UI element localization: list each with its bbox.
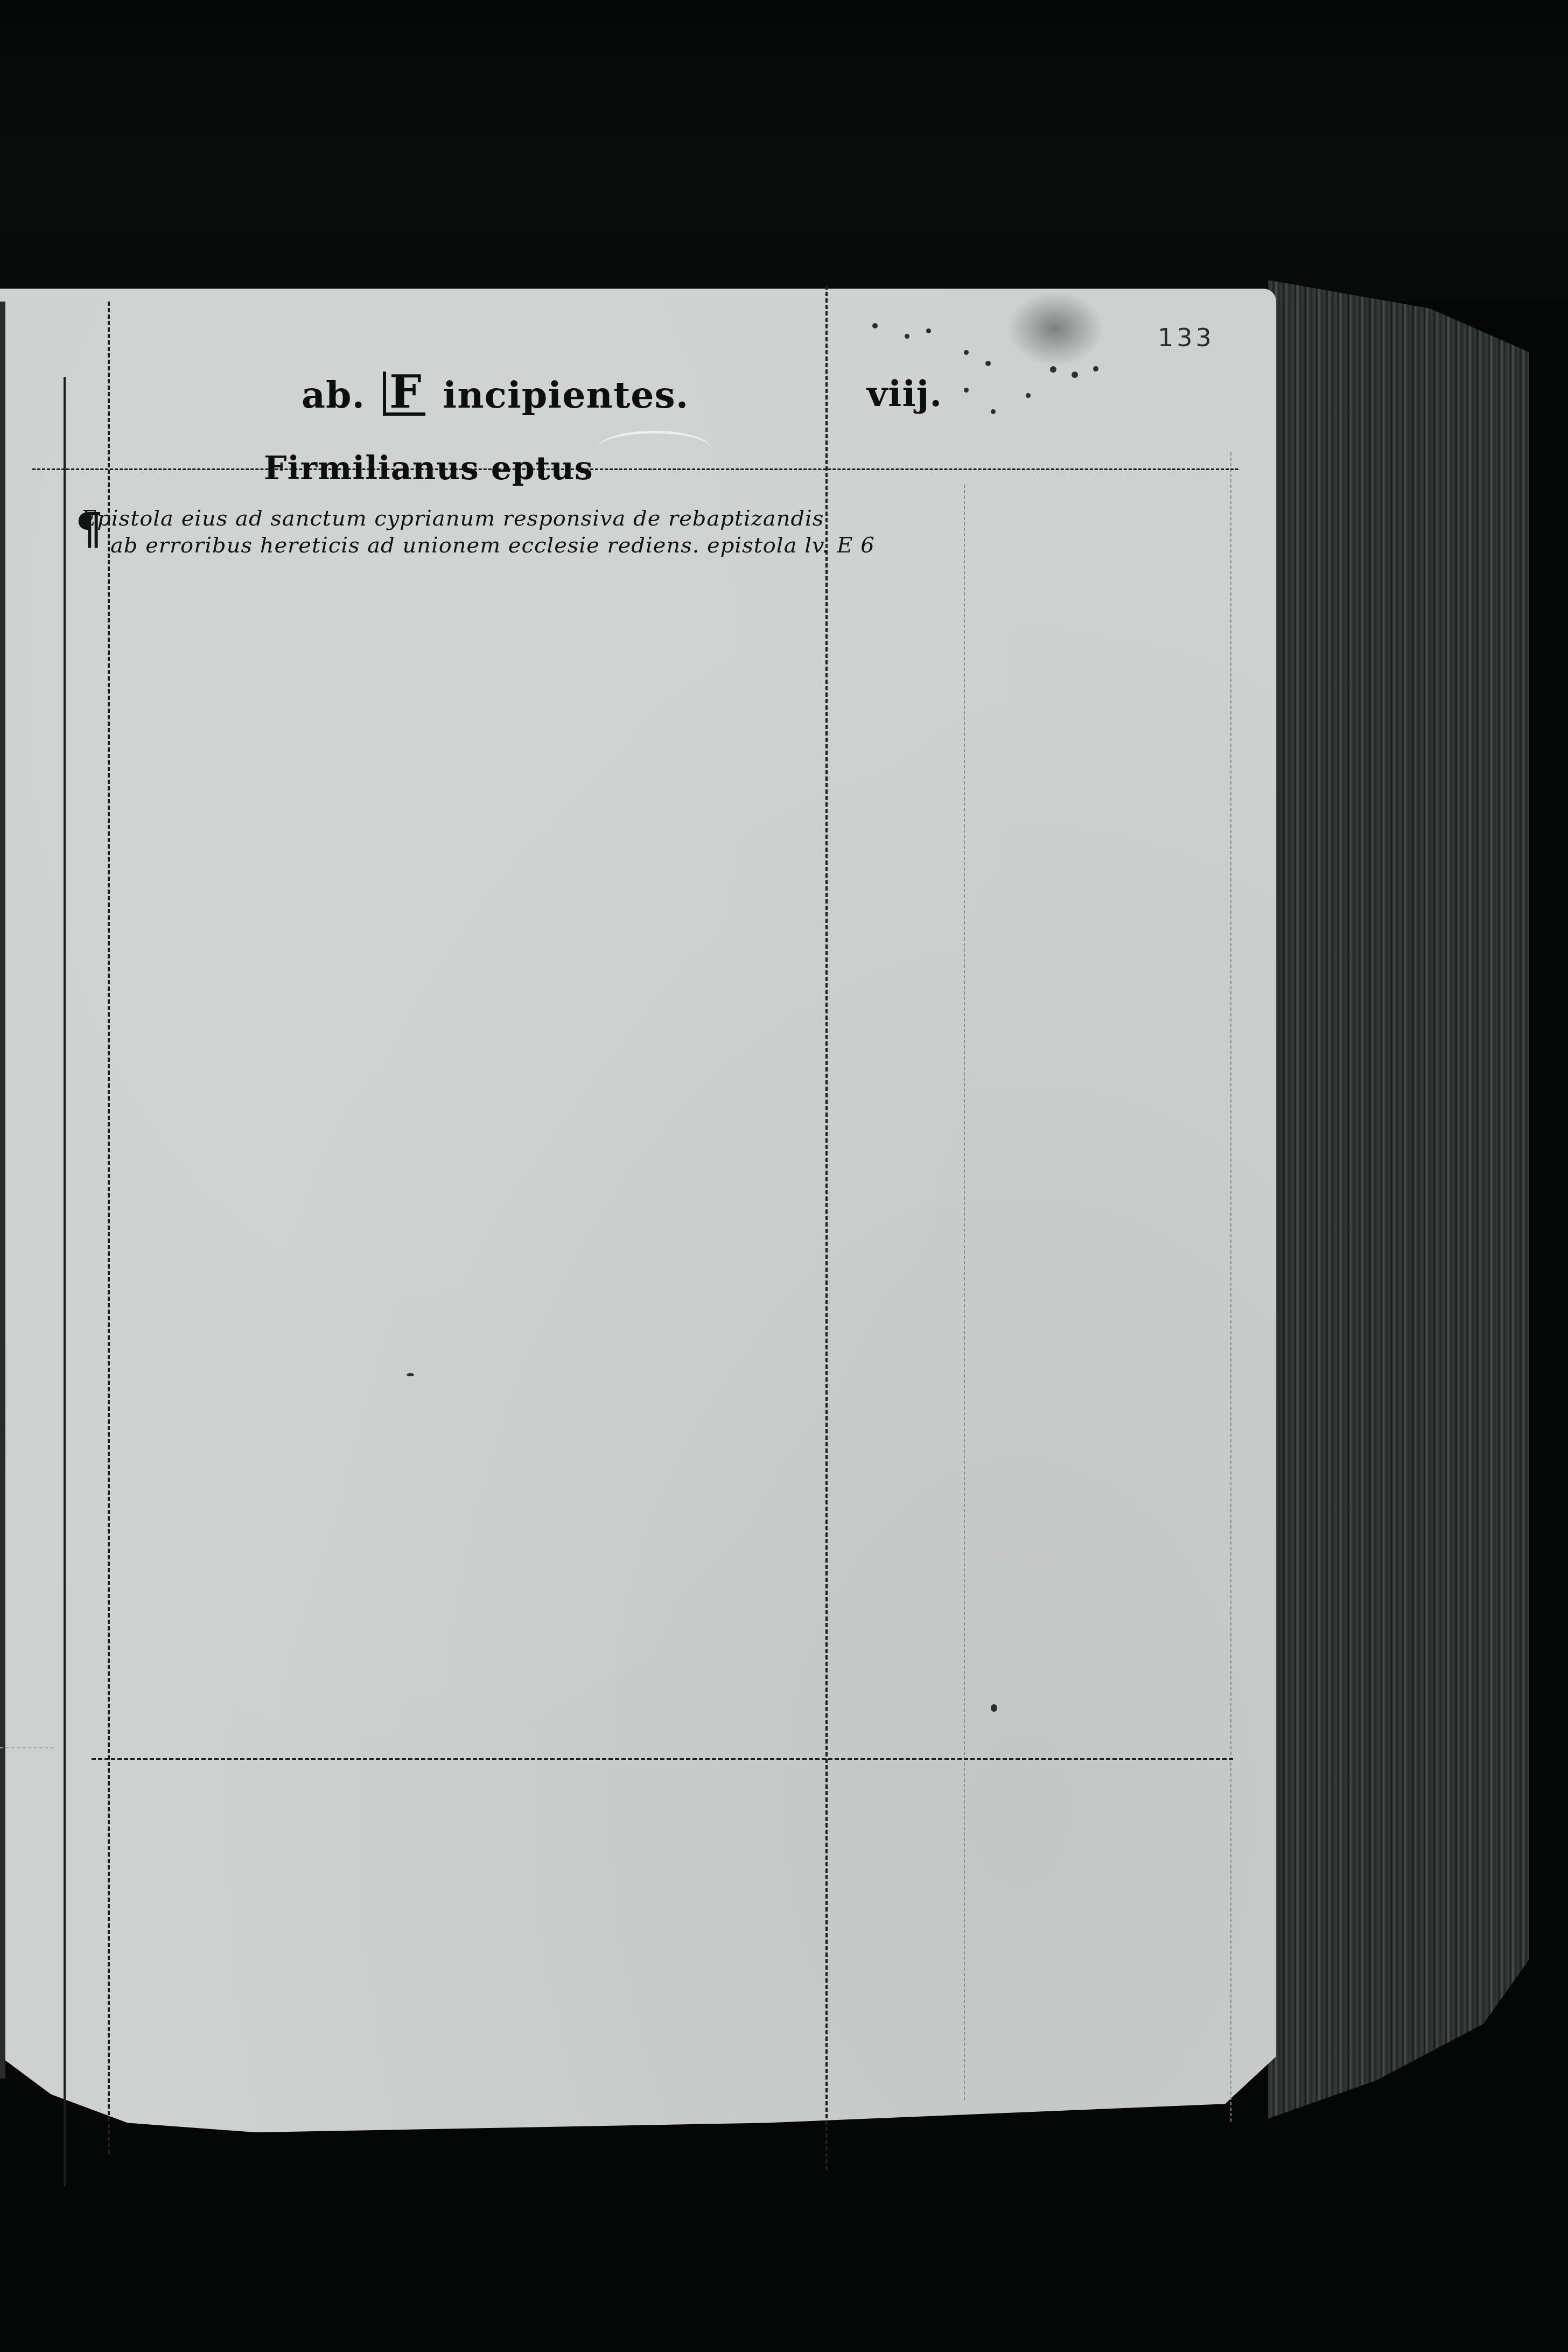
folio-pencil-number: 133 <box>1158 323 1215 352</box>
speck <box>926 328 931 333</box>
book-cover-shadow <box>1529 302 1568 2132</box>
speck <box>991 1704 997 1712</box>
film-scratch <box>598 431 711 466</box>
speck <box>1093 366 1098 372</box>
running-head-suffix: incipientes. <box>443 374 689 417</box>
ruling-column-divider <box>825 285 828 2170</box>
speck <box>964 350 969 355</box>
speck <box>1072 372 1078 378</box>
speck <box>1050 366 1056 373</box>
speck <box>905 334 909 339</box>
page-gutter-shadow <box>0 302 5 2078</box>
running-head: ab. F incipientes. <box>302 372 689 417</box>
ruling-bottom-line <box>92 1758 1233 1760</box>
book-fore-edge <box>1268 280 1537 2175</box>
entry-line-1: Epistola eius ad sanctum cyprianum respo… <box>81 506 824 531</box>
speck <box>964 388 969 393</box>
speck <box>872 323 878 328</box>
speck <box>407 1373 414 1376</box>
ruling-bottom-tick <box>0 1747 54 1748</box>
ruling-margin-outer <box>64 377 66 2186</box>
ruling-right-edge <box>1230 452 1231 2122</box>
running-head-prefix: ab. <box>302 374 365 417</box>
manuscript-page <box>0 289 1276 2189</box>
running-head-initial: F <box>383 372 425 416</box>
background-dark <box>0 0 1568 302</box>
ruling-top-line <box>32 468 1238 470</box>
ink-stain <box>1007 291 1104 366</box>
folio-roman-numeral: viij. <box>867 373 942 415</box>
speck <box>991 409 996 414</box>
speck <box>1026 393 1031 398</box>
entry-heading: Firmilianus eptus <box>264 450 593 487</box>
ruling-faint-right <box>964 485 965 2100</box>
ruling-margin-inner <box>108 302 110 2154</box>
entry-line-2: ab erroribus hereticis ad unionem eccles… <box>110 533 875 558</box>
speck <box>985 361 991 366</box>
